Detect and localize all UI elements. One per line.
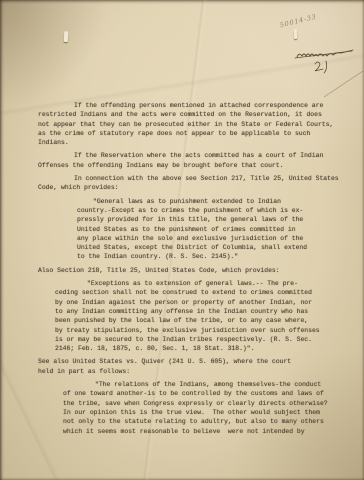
- staple-hole-right: [294, 30, 297, 39]
- quote-section-217: "General laws as to punishment extended …: [77, 197, 350, 262]
- paragraph-jurisdiction: If the offending persons mentioned in at…: [38, 101, 350, 147]
- paragraph-section-218-intro: Also Section 218, Title 25, United State…: [38, 266, 350, 275]
- staple-hole-left: [64, 32, 69, 42]
- paragraph-court-of-indian-offenses: If the Reservation where the acts commit…: [38, 151, 350, 170]
- quote-section-218: "Exceptions as to extension of general l…: [55, 279, 350, 353]
- handwritten-initials-icon: [294, 45, 364, 101]
- document-page: 50014-33 If the offending persons mentio…: [0, 0, 364, 480]
- pencil-file-number: 50014-33: [279, 5, 349, 30]
- quote-quiver-opinion: "The relations of the Indians, among the…: [63, 380, 350, 436]
- pencil-stroke-line: [324, 71, 363, 97]
- letter-body: If the offending persons mentioned in at…: [38, 101, 350, 440]
- paragraph-section-217-intro: In connection with the above see Section…: [38, 174, 350, 193]
- paragraph-quiver-intro: See also United States vs. Quiver (241 U…: [38, 357, 350, 376]
